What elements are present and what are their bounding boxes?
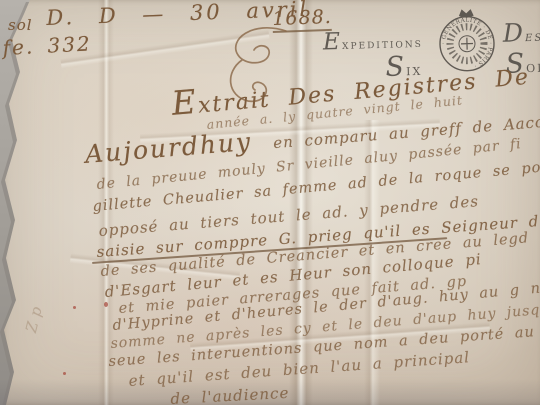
wax-speck: [104, 302, 108, 307]
shelf-mark: sol: [8, 16, 33, 34]
folio-number: fe. 332: [2, 31, 92, 60]
wax-speck: [73, 306, 76, 309]
photo-of-manuscript: { "photo": { "description": "Photograph …: [0, 0, 540, 405]
stamp-word-des-greffes: Des Gr: [502, 17, 540, 48]
crown-icon: [459, 10, 473, 18]
wax-speck: [63, 372, 66, 375]
